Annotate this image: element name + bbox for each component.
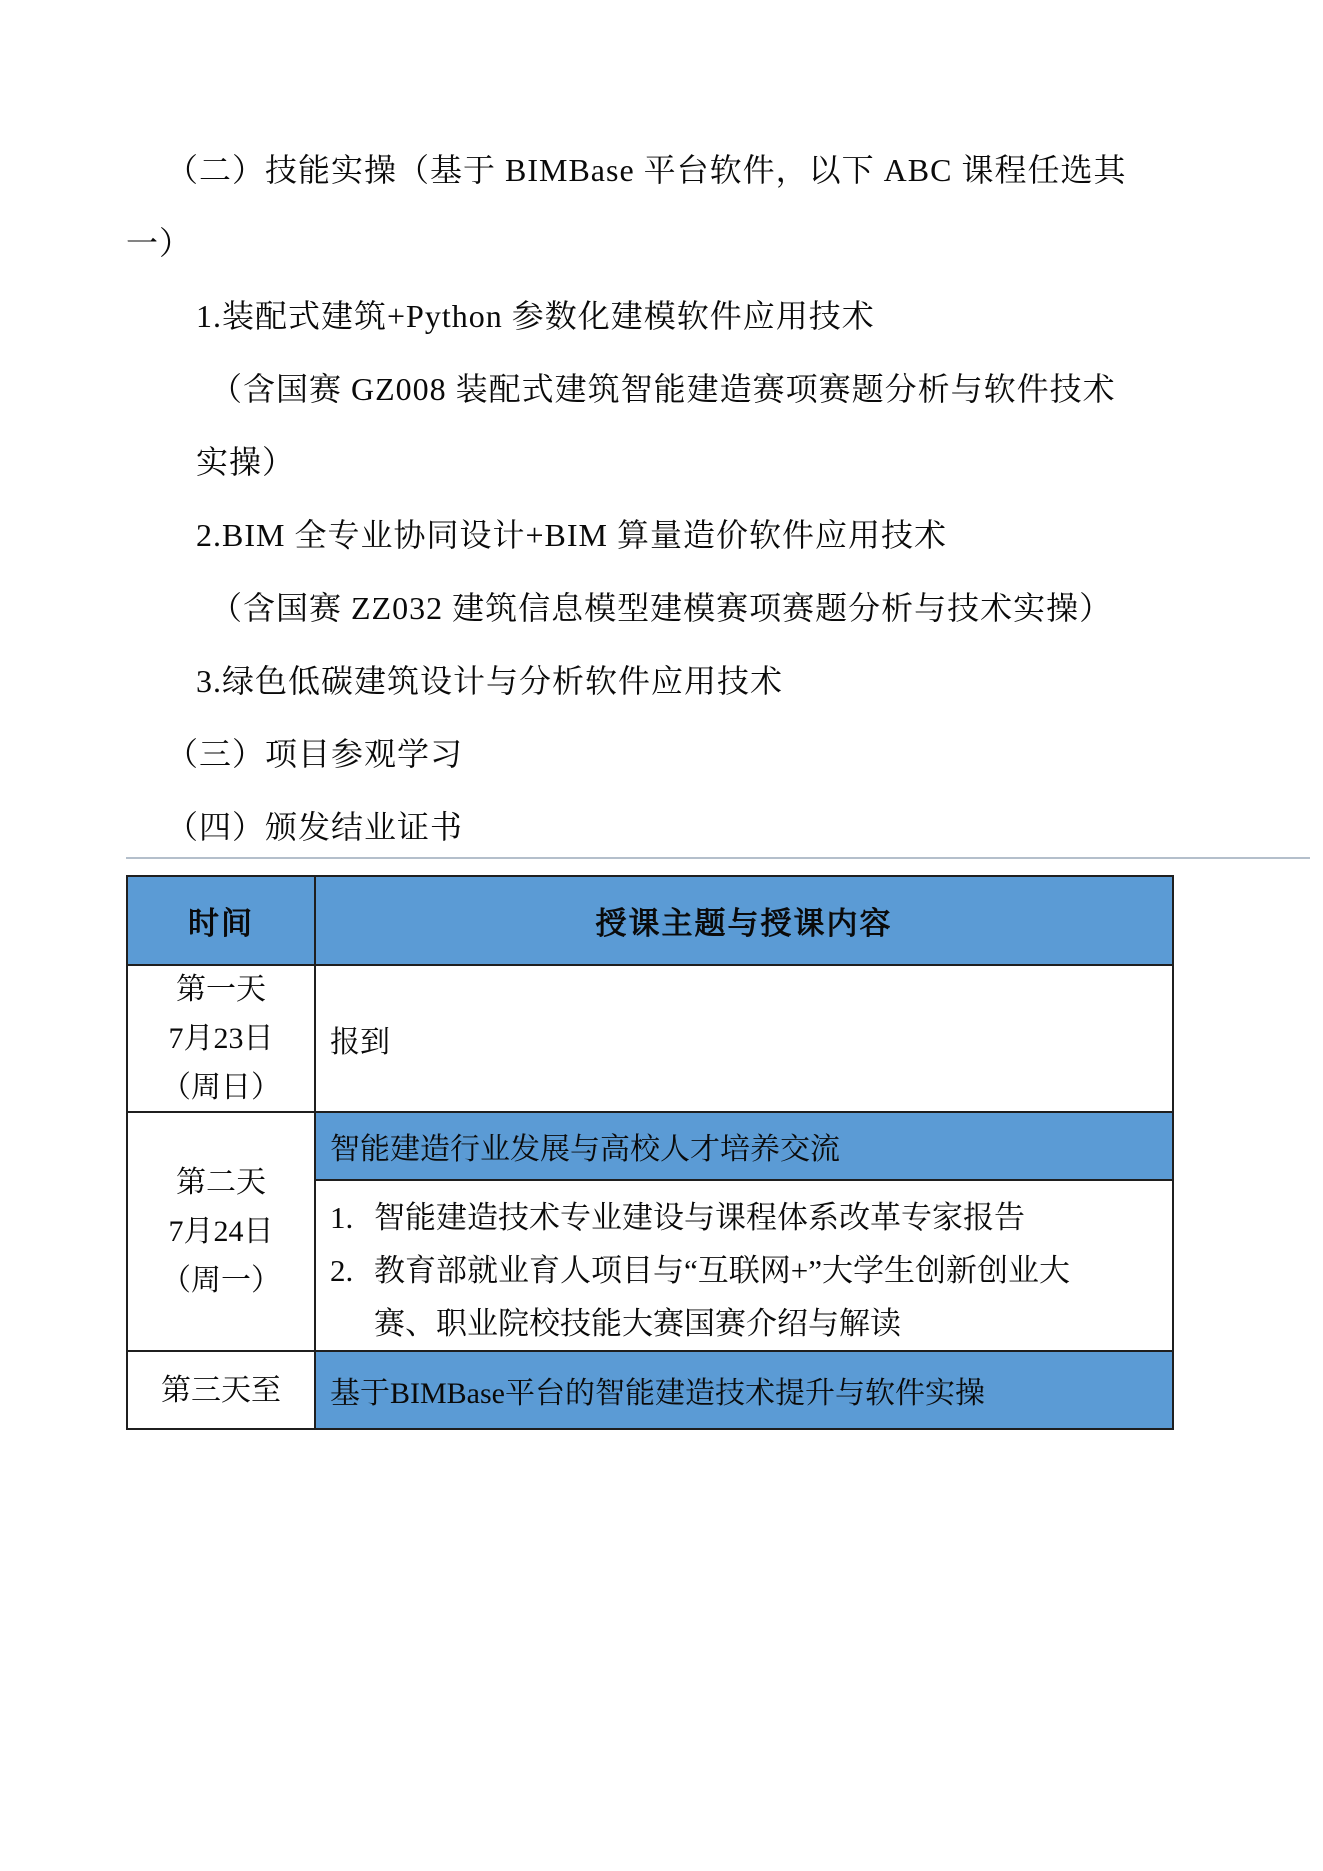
day2-banner: 智能建造行业发展与高校人才培养交流 — [316, 1113, 1172, 1181]
day2-day: 第二天 — [176, 1158, 266, 1207]
horizontal-rule — [126, 857, 1310, 859]
day3-content-cell: 基于BIMBase平台的智能建造技术提升与软件实操 — [316, 1352, 1172, 1428]
day1-weekday: （周日） — [161, 1063, 281, 1112]
paragraph-line: （四）颁发结业证书 — [126, 791, 1196, 864]
day1-content-cell: 报到 — [316, 966, 1172, 1111]
day3-content-text: 基于BIMBase平台的智能建造技术提升与软件实操 — [330, 1368, 1172, 1412]
document-page: （二）技能实操（基于 BIMBase 平台软件，以下 ABC 课程任选其 一） … — [0, 0, 1323, 1871]
item-number: 1. — [330, 1191, 374, 1244]
day2-banner-text: 智能建造行业发展与高校人才培养交流 — [330, 1124, 840, 1168]
paragraph-line: 1.装配式建筑+Python 参数化建模软件应用技术 — [126, 280, 1196, 353]
item-number: 2. — [330, 1244, 374, 1297]
day2-date: 7月24日 — [169, 1207, 274, 1256]
day2-time-cell: 第二天 7月24日 （周一） — [128, 1113, 316, 1350]
topic-item: 1. 智能建造技术专业建设与课程体系改革专家报告 — [330, 1191, 1172, 1244]
table-row-day2: 第二天 7月24日 （周一） 智能建造行业发展与高校人才培养交流 1. 智能建造… — [128, 1111, 1172, 1350]
paragraph-line: 3.绿色低碳建筑设计与分析软件应用技术 — [126, 645, 1196, 718]
day2-content-cell: 智能建造行业发展与高校人才培养交流 1. 智能建造技术专业建设与课程体系改革专家… — [316, 1113, 1172, 1350]
item-text: 教育部就业育人项目与“互联网+”大学生创新创业大赛、职业院校技能大赛国赛介绍与解… — [374, 1244, 1119, 1350]
paragraph-line: 实操） — [126, 426, 1196, 499]
day1-time-cell: 第一天 7月23日 （周日） — [128, 966, 316, 1111]
day1-day: 第一天 — [176, 965, 266, 1014]
schedule-table: 时间 授课主题与授课内容 第一天 7月23日 （周日） 报到 第二天 7月24日… — [126, 875, 1174, 1430]
paragraph-block: （二）技能实操（基于 BIMBase 平台软件，以下 ABC 课程任选其 一） … — [126, 134, 1196, 864]
day3-day: 第三天至 — [161, 1366, 281, 1415]
table-row-day1: 第一天 7月23日 （周日） 报到 — [128, 964, 1172, 1111]
header-content-cell: 授课主题与授课内容 — [316, 877, 1172, 964]
paragraph-line: （含国赛 ZZ032 建筑信息模型建模赛项赛题分析与技术实操） — [126, 572, 1196, 645]
day1-content-text: 报到 — [330, 1017, 1172, 1061]
paragraph-line: （二）技能实操（基于 BIMBase 平台软件，以下 ABC 课程任选其 — [126, 134, 1196, 207]
item-text: 智能建造技术专业建设与课程体系改革专家报告 — [374, 1191, 1025, 1244]
paragraph-line: （三）项目参观学习 — [126, 718, 1196, 791]
day1-date: 7月23日 — [169, 1014, 274, 1063]
table-header-row: 时间 授课主题与授课内容 — [128, 877, 1172, 964]
header-time-cell: 时间 — [128, 877, 316, 964]
day2-weekday: （周一） — [161, 1256, 281, 1305]
day2-topic-list: 1. 智能建造技术专业建设与课程体系改革专家报告 2. 教育部就业育人项目与“互… — [316, 1181, 1172, 1350]
paragraph-line: 一） — [126, 207, 1196, 280]
paragraph-line: （含国赛 GZ008 装配式建筑智能建造赛项赛题分析与软件技术 — [126, 353, 1196, 426]
paragraph-line: 2.BIM 全专业协同设计+BIM 算量造价软件应用技术 — [126, 499, 1196, 572]
table-row-day3: 第三天至 基于BIMBase平台的智能建造技术提升与软件实操 — [128, 1350, 1172, 1428]
day3-time-cell: 第三天至 — [128, 1352, 316, 1428]
header-content-label: 授课主题与授课内容 — [596, 898, 893, 943]
header-time-label: 时间 — [188, 898, 254, 943]
topic-item: 2. 教育部就业育人项目与“互联网+”大学生创新创业大赛、职业院校技能大赛国赛介… — [330, 1244, 1172, 1350]
